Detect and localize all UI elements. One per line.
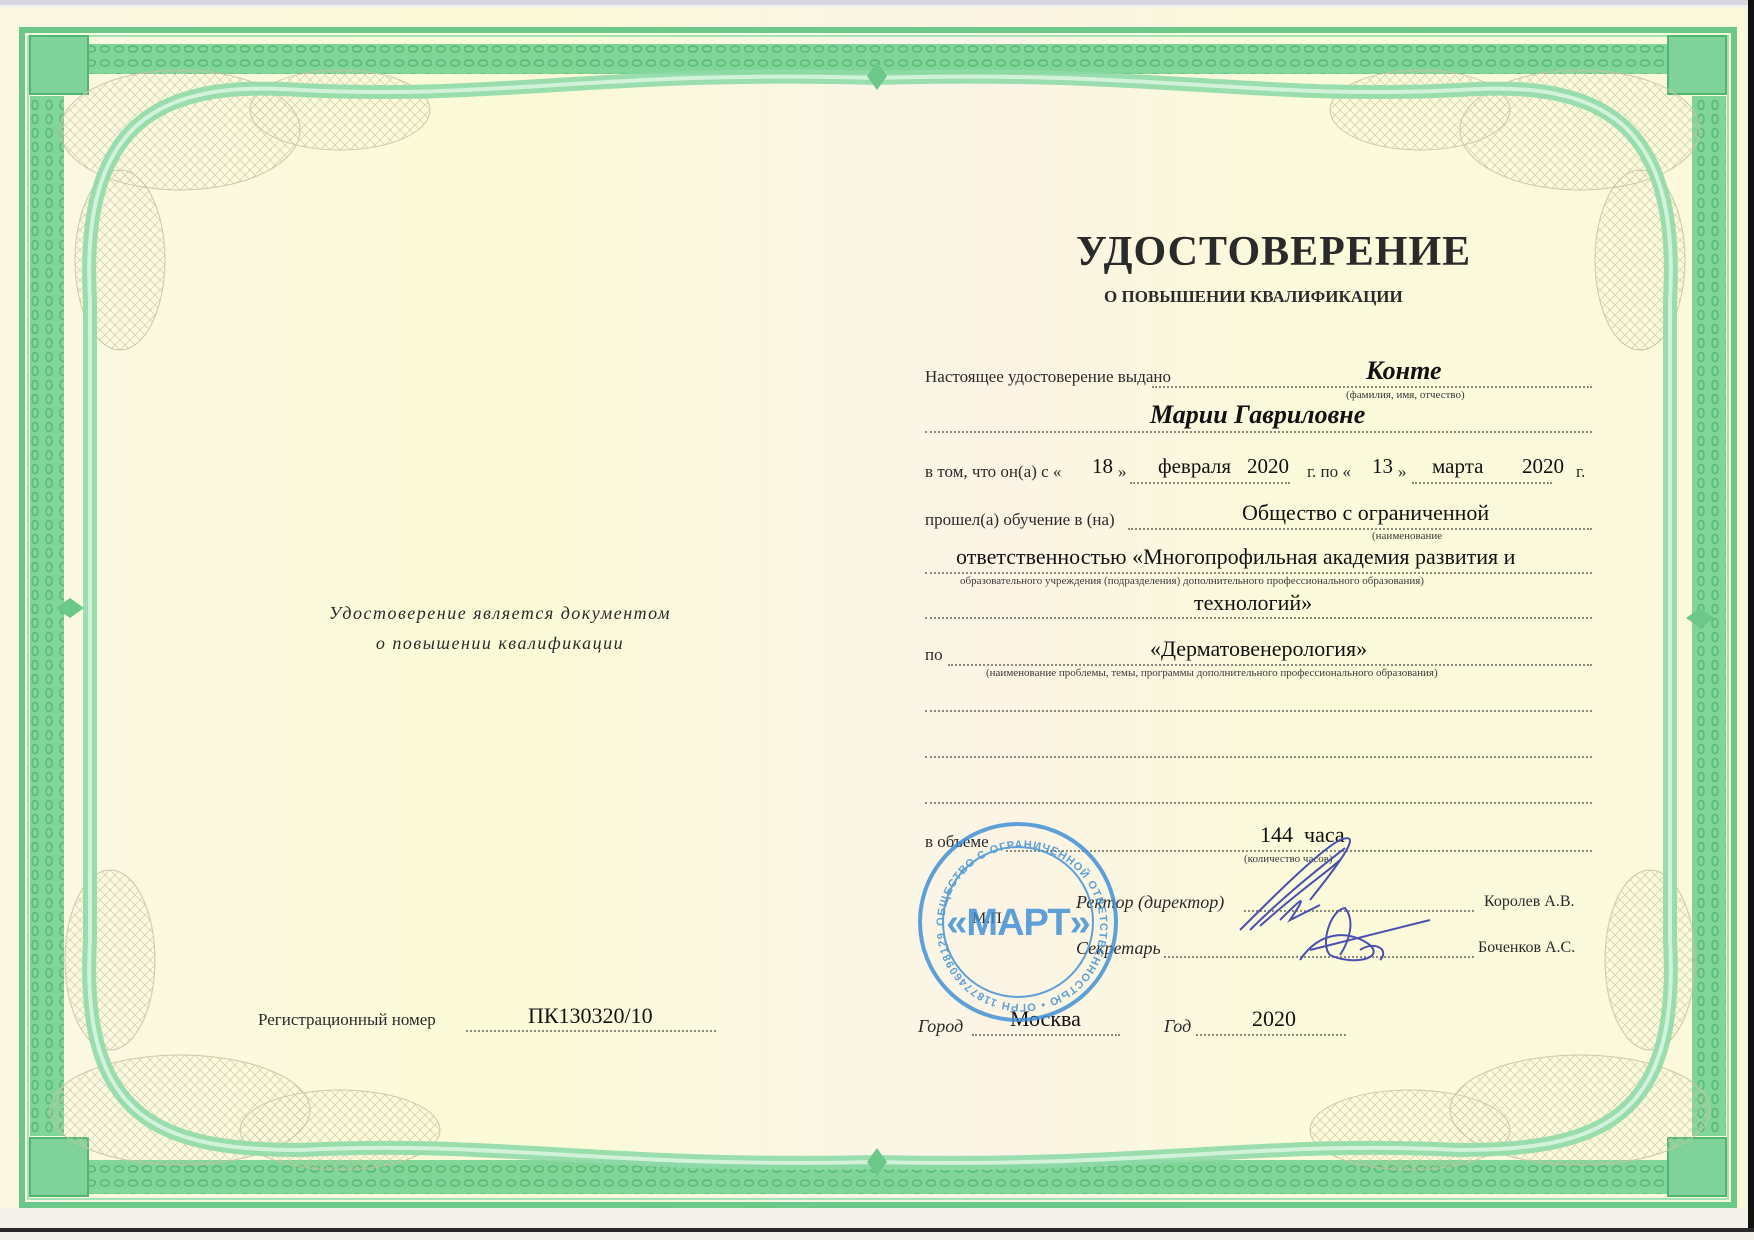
- blank-dotted-line-2: [925, 756, 1592, 758]
- blank-dotted-line-3: [925, 802, 1592, 804]
- end-day-quote: »: [1398, 462, 1407, 482]
- program-name: «Дерматовенерология»: [1150, 636, 1367, 662]
- institution-line-1: Общество с ограниченной: [1242, 500, 1489, 526]
- year-dotted-line: [1196, 1034, 1346, 1036]
- organization-seal: ОБЩЕСТВО С ОГРАНИЧЕННОЙ ОТВЕТСТВЕННОСТЬЮ…: [918, 822, 1118, 1022]
- period-prefix: в том, что он(а) с «: [925, 462, 1061, 482]
- secretary-name: Боченков А.С.: [1478, 939, 1575, 957]
- certificate-subtitle: О ПОВЫШЕНИИ КВАЛИФИКАЦИИ: [1104, 287, 1403, 307]
- certificate-title: УДОСТОВЕРЕНИЕ: [1076, 228, 1471, 276]
- program-hint: (наименование проблемы, темы, программы …: [986, 667, 1438, 679]
- institution-dotted-line-1: [1128, 528, 1592, 530]
- city-dotted-line: [972, 1034, 1120, 1036]
- program-dotted-line: [948, 664, 1592, 666]
- start-date-dotted-line: [1130, 482, 1290, 484]
- statement-line-2: о повышении квалификации: [300, 628, 700, 658]
- recipient-surname: Конте: [1366, 356, 1442, 386]
- given-names-dotted-line: [925, 431, 1592, 433]
- end-month: марта: [1432, 454, 1483, 479]
- end-day: 13: [1372, 454, 1393, 479]
- start-day-quote: »: [1118, 462, 1127, 482]
- seal-center-text: «МАРТ»: [922, 902, 1114, 945]
- left-page-statement: Удостоверение является документом о повы…: [300, 598, 700, 658]
- scan-right-edge: [1748, 0, 1754, 1232]
- year-value: 2020: [1252, 1006, 1296, 1032]
- secretary-signature: [1290, 900, 1440, 970]
- training-label: прошел(а) обучение в (на): [925, 510, 1115, 530]
- institution-dotted-line-2: [925, 572, 1592, 574]
- institution-line-3: технологий»: [1194, 590, 1312, 616]
- end-date-dotted-line: [1412, 482, 1552, 484]
- institution-hint-2: образовательного учреждения (подразделен…: [960, 575, 1424, 587]
- rector-name: Королев А.В.: [1484, 893, 1575, 911]
- recipient-given-names: Марии Гавриловне: [1150, 400, 1365, 430]
- start-day: 18: [1092, 454, 1113, 479]
- institution-hint-1: (наименование: [1372, 530, 1442, 542]
- institution-line-2: ответственностью «Многопрофильная академ…: [956, 544, 1515, 570]
- registration-dotted-line: [466, 1030, 716, 1032]
- blank-dotted-line-1: [925, 710, 1592, 712]
- period-mid: г. по «: [1307, 462, 1351, 482]
- surname-dotted-line: [1152, 386, 1592, 388]
- start-month: февраля: [1158, 454, 1231, 479]
- scan-bottom-edge: [0, 1228, 1754, 1232]
- year-label: Год: [1164, 1016, 1191, 1037]
- end-year: 2020: [1522, 454, 1564, 479]
- year-suffix: г.: [1576, 462, 1585, 482]
- issued-to-label: Настоящее удостоверение выдано: [925, 367, 1171, 387]
- scan-top-edge: [0, 0, 1754, 5]
- statement-line-1: Удостоверение является документом: [300, 598, 700, 628]
- registration-number: ПК130320/10: [528, 1003, 653, 1029]
- institution-dotted-line-3: [925, 617, 1592, 619]
- registration-label: Регистрационный номер: [258, 1010, 436, 1030]
- program-label: по: [925, 645, 943, 665]
- start-year: 2020: [1247, 454, 1289, 479]
